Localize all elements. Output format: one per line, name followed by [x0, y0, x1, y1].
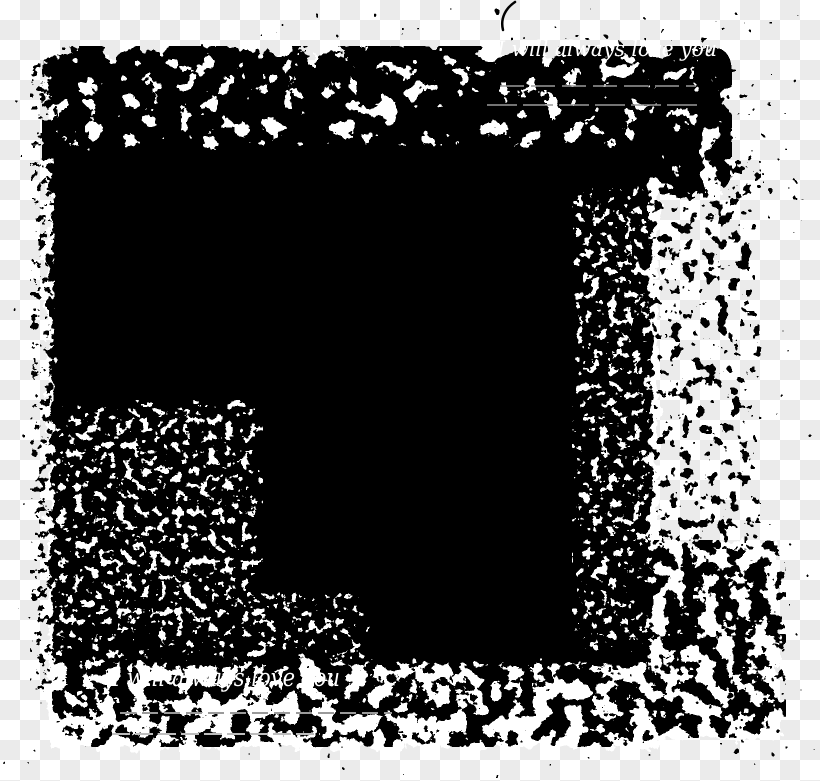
caption-bottom: I will always love you [111, 663, 340, 692]
transparency-checkerboard: I will always love you I will always lov… [0, 0, 820, 781]
caption-top: I will always love you [496, 37, 717, 61]
grunge-stamp-image: I will always love you I will always lov… [0, 0, 820, 781]
